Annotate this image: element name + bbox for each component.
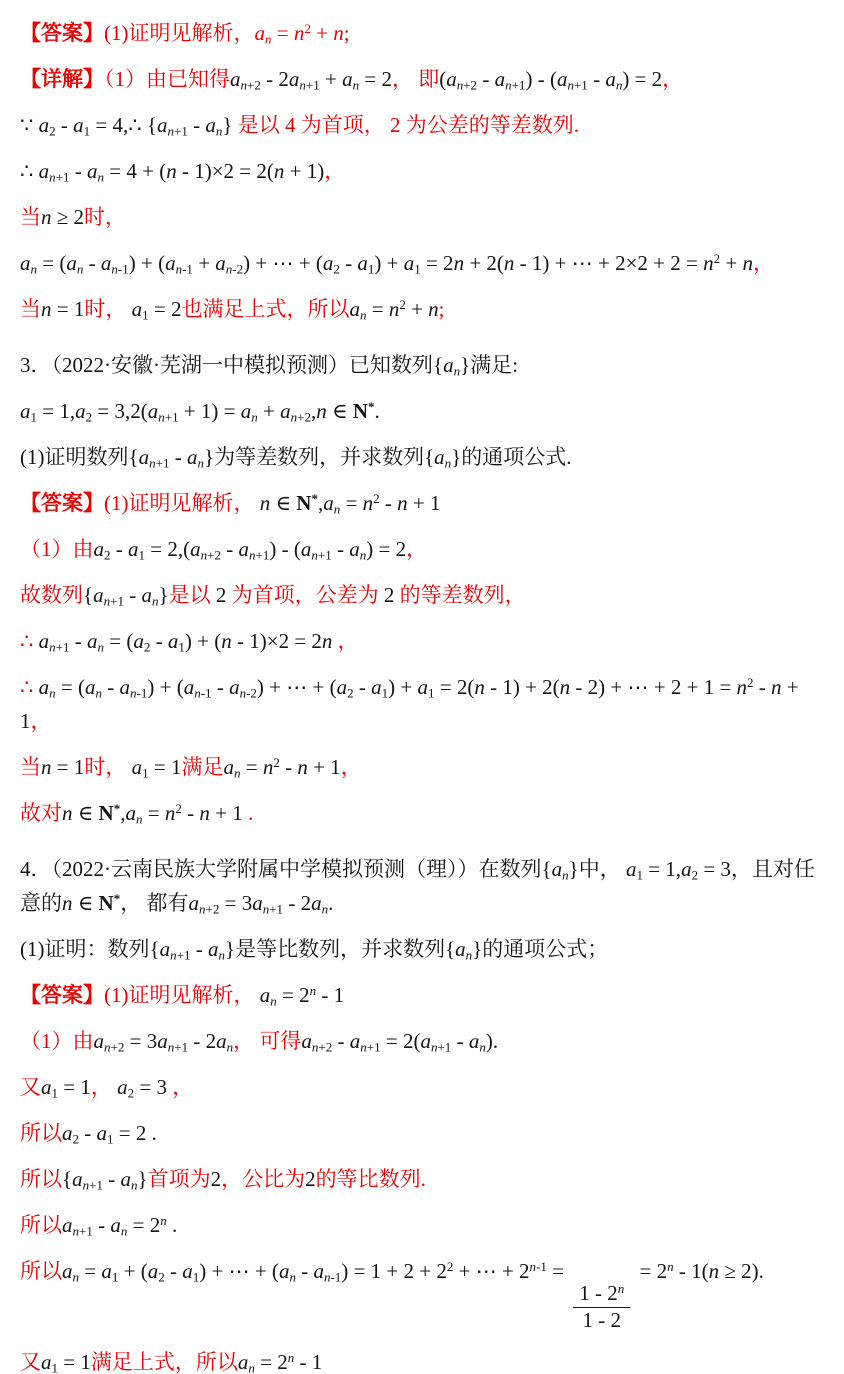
text-segment: ， 都有 bbox=[120, 891, 188, 915]
text-segment: 也满足上式，所以 bbox=[181, 297, 349, 321]
document-line: ∵ a2 - a1 = 4,∴ {an+1 - an} 是以 4 为首项， 2 … bbox=[20, 108, 822, 142]
text-segment: an+2 - an+1 = 2(an+1 - an) bbox=[301, 1029, 492, 1053]
text-segment: ， bbox=[31, 709, 52, 733]
text-segment: ， bbox=[341, 755, 362, 779]
text-segment: 4．（2022·云南民族大学附属中学模拟预测（理））在数列 bbox=[20, 857, 542, 881]
document-line: 当n ≥ 2时， bbox=[20, 200, 822, 234]
document-line: 3．（2022·安徽·芜湖一中模拟预测）已知数列{an}满足: bbox=[20, 348, 822, 382]
text-segment: ∴ bbox=[20, 629, 39, 653]
text-segment: (1)证明数列 bbox=[20, 445, 129, 469]
text-segment: a2 - a1 = 2,(an+2 - an+1) - (an+1 - an) … bbox=[94, 537, 407, 561]
text-segment: ∵ bbox=[20, 113, 39, 137]
text-segment: . bbox=[146, 1121, 157, 1145]
text-segment: {an+1 - an} bbox=[150, 937, 236, 961]
document-line: ∴ an+1 - an = (a2 - a1) + (n - 1)×2 = 2n… bbox=[20, 624, 822, 658]
document-page: 【答案】(1)证明见解析，an = n2 + n;【详解】（1）由已知得an+2… bbox=[0, 0, 844, 1374]
text-segment: . bbox=[328, 891, 333, 915]
text-segment: 的等差数列， bbox=[394, 583, 525, 607]
text-segment: {an+1 - an} bbox=[147, 113, 233, 137]
text-segment: a1 = 1,a2 = 3 bbox=[626, 857, 731, 881]
text-segment: a1 = 2 bbox=[126, 297, 181, 321]
document-line: an = (an - an-1) + (an-1 + an-2) + ⋯ + (… bbox=[20, 246, 822, 280]
document-line: 故对n ∈ N*,an = n2 - n + 1 . bbox=[20, 796, 822, 830]
text-segment: n ∈ bbox=[62, 801, 99, 825]
document-line: 所以a2 - a1 = 2 . bbox=[20, 1116, 822, 1150]
document-line: (1)证明：数列{an+1 - an}是等比数列，并求数列{an}的通项公式； bbox=[20, 932, 822, 966]
text-segment: 时， bbox=[84, 297, 126, 321]
text-segment: 可得 bbox=[254, 1029, 301, 1053]
text-segment: . bbox=[167, 1213, 178, 1237]
document-line: 当n = 1时， a1 = 2也满足上式，所以an = n2 + n; bbox=[20, 292, 822, 326]
text-segment: an = 2n - 1 bbox=[255, 983, 345, 1007]
document-line: 又a1 = 1， a2 = 3 ， bbox=[20, 1070, 822, 1104]
text-segment: n ≥ 2 bbox=[41, 205, 84, 229]
text-segment: 当 bbox=[20, 755, 41, 779]
text-segment: a1 = 1,a2 = 3,2(an+1 + 1) = an + an+2,n … bbox=[20, 399, 353, 423]
text-segment: 满足: bbox=[470, 353, 518, 377]
text-segment: n = 1 bbox=[41, 755, 84, 779]
text-segment: 故对 bbox=[20, 801, 62, 825]
text-segment: an = n2 + n bbox=[349, 297, 438, 321]
text-segment: ，公比为 bbox=[221, 1167, 305, 1191]
text-segment: 【答案】 bbox=[20, 491, 104, 515]
text-segment: 又 bbox=[20, 1350, 41, 1374]
document-line: ∴ an+1 - an = 4 + (n - 1)×2 = 2(n + 1)， bbox=[20, 154, 822, 188]
document-line: （1）由an+2 = 3an+1 - 2an， 可得an+2 - an+1 = … bbox=[20, 1024, 822, 1058]
text-segment: an = a1 + (a2 - a1) + ⋯ + (an - an-1) = … bbox=[62, 1259, 569, 1283]
text-segment: . bbox=[759, 1259, 764, 1283]
text-segment: 的等比数列. bbox=[316, 1167, 426, 1191]
text-segment: a2 - a1 = 4, bbox=[39, 113, 129, 137]
fraction-numerator: 1 - 2n bbox=[573, 1281, 630, 1308]
text-segment: ; bbox=[439, 297, 445, 321]
text-segment: ， bbox=[233, 1029, 254, 1053]
document-line: 【答案】(1)证明见解析，an = n2 + n; bbox=[20, 16, 822, 50]
document-line: 【答案】(1)证明见解析， an = 2n - 1 bbox=[20, 978, 822, 1012]
text-segment: . bbox=[243, 801, 254, 825]
text-segment: (1)证明见解析， bbox=[104, 983, 255, 1007]
text-segment: N* bbox=[353, 399, 375, 423]
text-segment: 是以 bbox=[169, 583, 216, 607]
text-segment: = 2n - 1(n ≥ 2) bbox=[634, 1259, 758, 1283]
text-segment: N* bbox=[99, 801, 121, 825]
text-segment: 时， bbox=[84, 755, 126, 779]
text-segment: 时， bbox=[84, 205, 126, 229]
text-segment: （1）由 bbox=[20, 1029, 94, 1053]
text-segment: 2 bbox=[211, 1167, 222, 1191]
text-segment: an+2 - 2an+1 + an = 2 bbox=[230, 67, 392, 91]
text-segment: ， bbox=[753, 251, 774, 275]
text-segment: ， bbox=[406, 537, 427, 561]
text-segment: (1)证明：数列 bbox=[20, 937, 150, 961]
document-line: （1）由a2 - a1 = 2,(an+2 - an+1) - (an+1 - … bbox=[20, 532, 822, 566]
text-segment: a2 - a1 = 2 bbox=[62, 1121, 146, 1145]
text-segment: 是以 4 为首项， 2 为公差的等差数列. bbox=[232, 113, 579, 137]
text-segment: an+2 = 3an+1 - 2an bbox=[94, 1029, 234, 1053]
text-segment: ， bbox=[324, 159, 345, 183]
text-segment: {an+1 - an} bbox=[62, 1167, 148, 1191]
text-segment: . bbox=[375, 399, 380, 423]
text-segment: 满足 bbox=[181, 755, 223, 779]
document-line: 【答案】(1)证明见解析， n ∈ N*,an = n2 - n + 1 bbox=[20, 486, 822, 520]
text-segment: 所以 bbox=[20, 1259, 62, 1283]
text-segment: ， bbox=[332, 629, 358, 653]
text-segment: ， bbox=[167, 1075, 193, 1099]
text-segment: 首项为 bbox=[148, 1167, 211, 1191]
text-segment: a1 = 1 bbox=[41, 1075, 91, 1099]
text-segment: an+2 = 3an+1 - 2an bbox=[188, 891, 328, 915]
text-segment: an = (an - an-1) + (an-1 + an-2) + ⋯ + (… bbox=[20, 251, 753, 275]
text-segment: a1 = 1 bbox=[126, 755, 181, 779]
text-segment: {an} bbox=[424, 445, 461, 469]
text-segment: （1）由 bbox=[20, 537, 94, 561]
document-line: 4．（2022·云南民族大学附属中学模拟预测（理））在数列{an}中， a1 =… bbox=[20, 852, 822, 920]
text-segment: an = (an - an-1) + (an-1 - an-2) + ⋯ + (… bbox=[20, 675, 799, 733]
document-content: 【答案】(1)证明见解析，an = n2 + n;【详解】（1）由已知得an+2… bbox=[20, 16, 822, 1374]
text-segment: a2 = 3 bbox=[112, 1075, 167, 1099]
text-segment: a1 = 1 bbox=[41, 1350, 91, 1374]
text-segment: n ∈ bbox=[255, 491, 297, 515]
text-segment: 满足上式，所以 bbox=[91, 1350, 238, 1374]
text-segment: an = n2 - n + 1 bbox=[125, 801, 242, 825]
document-line: 所以an+1 - an = 2n . bbox=[20, 1208, 822, 1242]
text-segment: 【答案】 bbox=[20, 21, 104, 45]
text-segment: . bbox=[493, 1029, 498, 1053]
fraction: 1 - 2n1 - 2 bbox=[573, 1281, 630, 1333]
text-segment: 为等差数列，并求数列 bbox=[214, 445, 424, 469]
document-line: 【详解】（1）由已知得an+2 - 2an+1 + an = 2， 即(an+2… bbox=[20, 62, 822, 96]
text-segment: 所以 bbox=[20, 1167, 62, 1191]
text-segment: an+1 - an = 2n bbox=[62, 1213, 167, 1237]
text-segment: 的通项公式； bbox=[482, 937, 608, 961]
document-line: 当n = 1时， a1 = 1满足an = n2 - n + 1， bbox=[20, 750, 822, 784]
text-segment: {an} bbox=[542, 857, 579, 881]
text-segment: 【答案】 bbox=[20, 983, 104, 1007]
text-segment: 当 bbox=[20, 205, 41, 229]
text-segment: an = 2n - 1 bbox=[238, 1350, 322, 1374]
text-segment: 即 bbox=[413, 67, 439, 91]
document-line: 故数列{an+1 - an}是以 2 为首项，公差为 2 的等差数列， bbox=[20, 578, 822, 612]
text-segment: n = 1 bbox=[41, 297, 84, 321]
text-segment: N* bbox=[99, 891, 121, 915]
text-segment: ， bbox=[662, 67, 683, 91]
text-segment: 所以 bbox=[20, 1213, 62, 1237]
text-segment: an = n2 - n + 1 bbox=[323, 491, 440, 515]
fraction-denominator: 1 - 2 bbox=[573, 1308, 630, 1333]
text-segment: 2 bbox=[384, 583, 395, 607]
text-segment: 为首项，公差为 bbox=[226, 583, 384, 607]
text-segment: 又 bbox=[20, 1075, 41, 1099]
document-line: a1 = 1,a2 = 3,2(an+1 + 1) = an + an+2,n … bbox=[20, 394, 822, 428]
text-segment: 2 bbox=[305, 1167, 316, 1191]
text-segment: 故数列 bbox=[20, 583, 83, 607]
text-segment: 所以 bbox=[20, 1121, 62, 1145]
document-line: ∴ an = (an - an-1) + (an-1 - an-2) + ⋯ +… bbox=[20, 670, 822, 738]
text-segment: ∴ bbox=[20, 675, 39, 699]
text-segment: an+1 - an = (a2 - a1) + (n - 1)×2 = 2n bbox=[39, 629, 333, 653]
text-segment: (1)证明见解析， bbox=[104, 21, 255, 45]
text-segment: N* bbox=[296, 491, 318, 515]
document-line: 又a1 = 1满足上式，所以an = 2n - 1 bbox=[20, 1345, 822, 1374]
text-segment: an = n2 + n bbox=[255, 21, 344, 45]
document-line: 所以{an+1 - an}首项为2，公比为2的等比数列. bbox=[20, 1162, 822, 1196]
text-segment: {an} bbox=[433, 353, 470, 377]
document-line: 所以an = a1 + (a2 - a1) + ⋯ + (an - an-1) … bbox=[20, 1254, 822, 1333]
text-segment: ; bbox=[344, 21, 350, 45]
text-segment: 【详解】 bbox=[20, 67, 104, 91]
text-segment: {an+1 - an} bbox=[129, 445, 215, 469]
text-segment: 的通项公式. bbox=[461, 445, 571, 469]
document-line: (1)证明数列{an+1 - an}为等差数列，并求数列{an}的通项公式. bbox=[20, 440, 822, 474]
text-segment: 中， bbox=[579, 857, 626, 881]
text-segment: 当 bbox=[20, 297, 41, 321]
text-segment: (an+2 - an+1) - (an+1 - an) = 2 bbox=[439, 67, 662, 91]
text-segment: 是等比数列，并求数列 bbox=[235, 937, 445, 961]
text-segment: 2 bbox=[216, 583, 227, 607]
text-segment: ， bbox=[91, 1075, 112, 1099]
text-segment: {an+1 - an} bbox=[83, 583, 169, 607]
text-segment: ， bbox=[392, 67, 413, 91]
text-segment: 3．（2022·安徽·芜湖一中模拟预测）已知数列 bbox=[20, 353, 433, 377]
text-segment: {an} bbox=[445, 937, 482, 961]
text-segment: ∴ bbox=[20, 159, 39, 183]
text-segment: （1）由已知得 bbox=[104, 67, 230, 91]
text-segment: (1)证明见解析， bbox=[104, 491, 255, 515]
text-segment: an+1 - an = 4 + (n - 1)×2 = 2(n + 1) bbox=[39, 159, 325, 183]
text-segment: n ∈ bbox=[62, 891, 99, 915]
text-segment: ∴ bbox=[128, 113, 147, 137]
text-segment: an = n2 - n + 1 bbox=[223, 755, 340, 779]
